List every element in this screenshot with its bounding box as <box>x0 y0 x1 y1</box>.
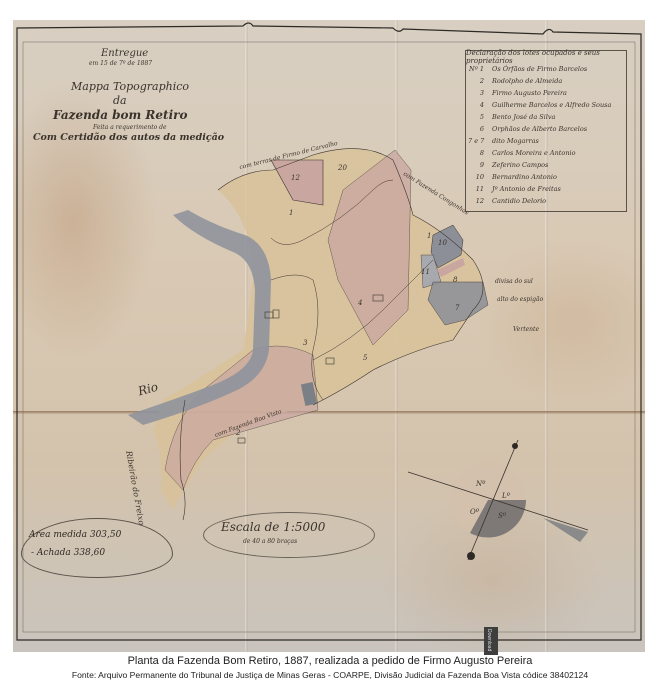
cartouche-line: Fazenda bom Retiro <box>53 108 187 122</box>
legend-row: 8Carlos Moreira e Antonio <box>468 149 576 157</box>
legend-table: Declaração dos lotes ocupados e seus pro… <box>465 50 627 212</box>
cartouche: Entregue em 15 de 7º de 1887 Mappa Topog… <box>23 42 213 172</box>
svg-text:Oº: Oº <box>470 508 480 516</box>
area-claimed: - Achada 338,60 <box>31 548 105 558</box>
legend-row: 9Zeferino Campos <box>468 161 548 169</box>
svg-text:4: 4 <box>357 299 362 307</box>
cartouche-line: Mappa Topographico <box>71 80 189 93</box>
download-tab[interactable]: Download <box>484 627 498 655</box>
legend-row: 7 e 7dito Mogarras <box>468 137 539 145</box>
map-scan: 12 20 1 3 4 5 10 11 8 7 2 1 Nº Lº <box>13 20 645 652</box>
legend-row: 2Rodolpho de Almeida <box>468 77 562 85</box>
svg-text:1: 1 <box>289 209 293 217</box>
svg-text:11: 11 <box>421 268 430 276</box>
legend-row: 6Orphãos de Alberto Barcelos <box>468 125 587 133</box>
scale-subtitle: de 40 a 80 braças <box>243 538 297 545</box>
cartouche-line: Com Certidão dos autos da medição <box>33 132 224 143</box>
cartouche-line: Feita a requerimento de <box>93 124 167 131</box>
svg-text:1: 1 <box>427 232 431 240</box>
svg-text:10: 10 <box>438 239 447 247</box>
cartouche-line: Entregue <box>101 48 148 59</box>
legend-title: Declaração dos lotes ocupados e seus pro… <box>466 49 645 65</box>
boundary-label: Vertente <box>513 326 539 333</box>
legend-row: 10Bernardino Antonio <box>468 173 557 181</box>
cartouche-line: em 15 de 7º de 1887 <box>89 60 152 67</box>
svg-text:Nº: Nº <box>475 480 486 488</box>
svg-text:8: 8 <box>453 276 458 284</box>
legend-row: 5Bento José da Silva <box>468 113 555 121</box>
scale-title: Escala de 1:5000 <box>221 520 325 534</box>
caption-source: Fonte: Arquivo Permanente do Tribunal de… <box>0 670 660 680</box>
cartouche-line: da <box>113 94 127 107</box>
area-measured: Area medida 303,50 <box>29 530 121 540</box>
legend-row: 11Jº Antonio de Freitas <box>468 185 561 193</box>
svg-text:7: 7 <box>455 304 460 312</box>
boundary-label: alto do espigão <box>497 296 543 303</box>
caption-title: Planta da Fazenda Bom Retiro, 1887, real… <box>0 655 660 667</box>
legend-row: 3Firmo Augusto Pereira <box>468 89 567 97</box>
legend-row: 4Guilherme Barcelos e Alfredo Sousa <box>468 101 611 109</box>
svg-text:20: 20 <box>337 164 347 172</box>
download-tab-label: Download <box>486 629 492 651</box>
svg-text:5: 5 <box>363 354 368 362</box>
svg-text:3: 3 <box>303 339 308 347</box>
boundary-label: divisa do sul <box>495 278 533 285</box>
legend-row: Nº 1Os Órfãos de Firmo Barcelos <box>468 65 587 73</box>
scale-cartouche <box>203 512 375 558</box>
svg-text:Lº: Lº <box>501 492 511 500</box>
svg-text:Sº: Sº <box>498 512 507 520</box>
legend-row: 12Cantidio Delorio <box>468 197 546 205</box>
svg-text:12: 12 <box>291 174 300 182</box>
